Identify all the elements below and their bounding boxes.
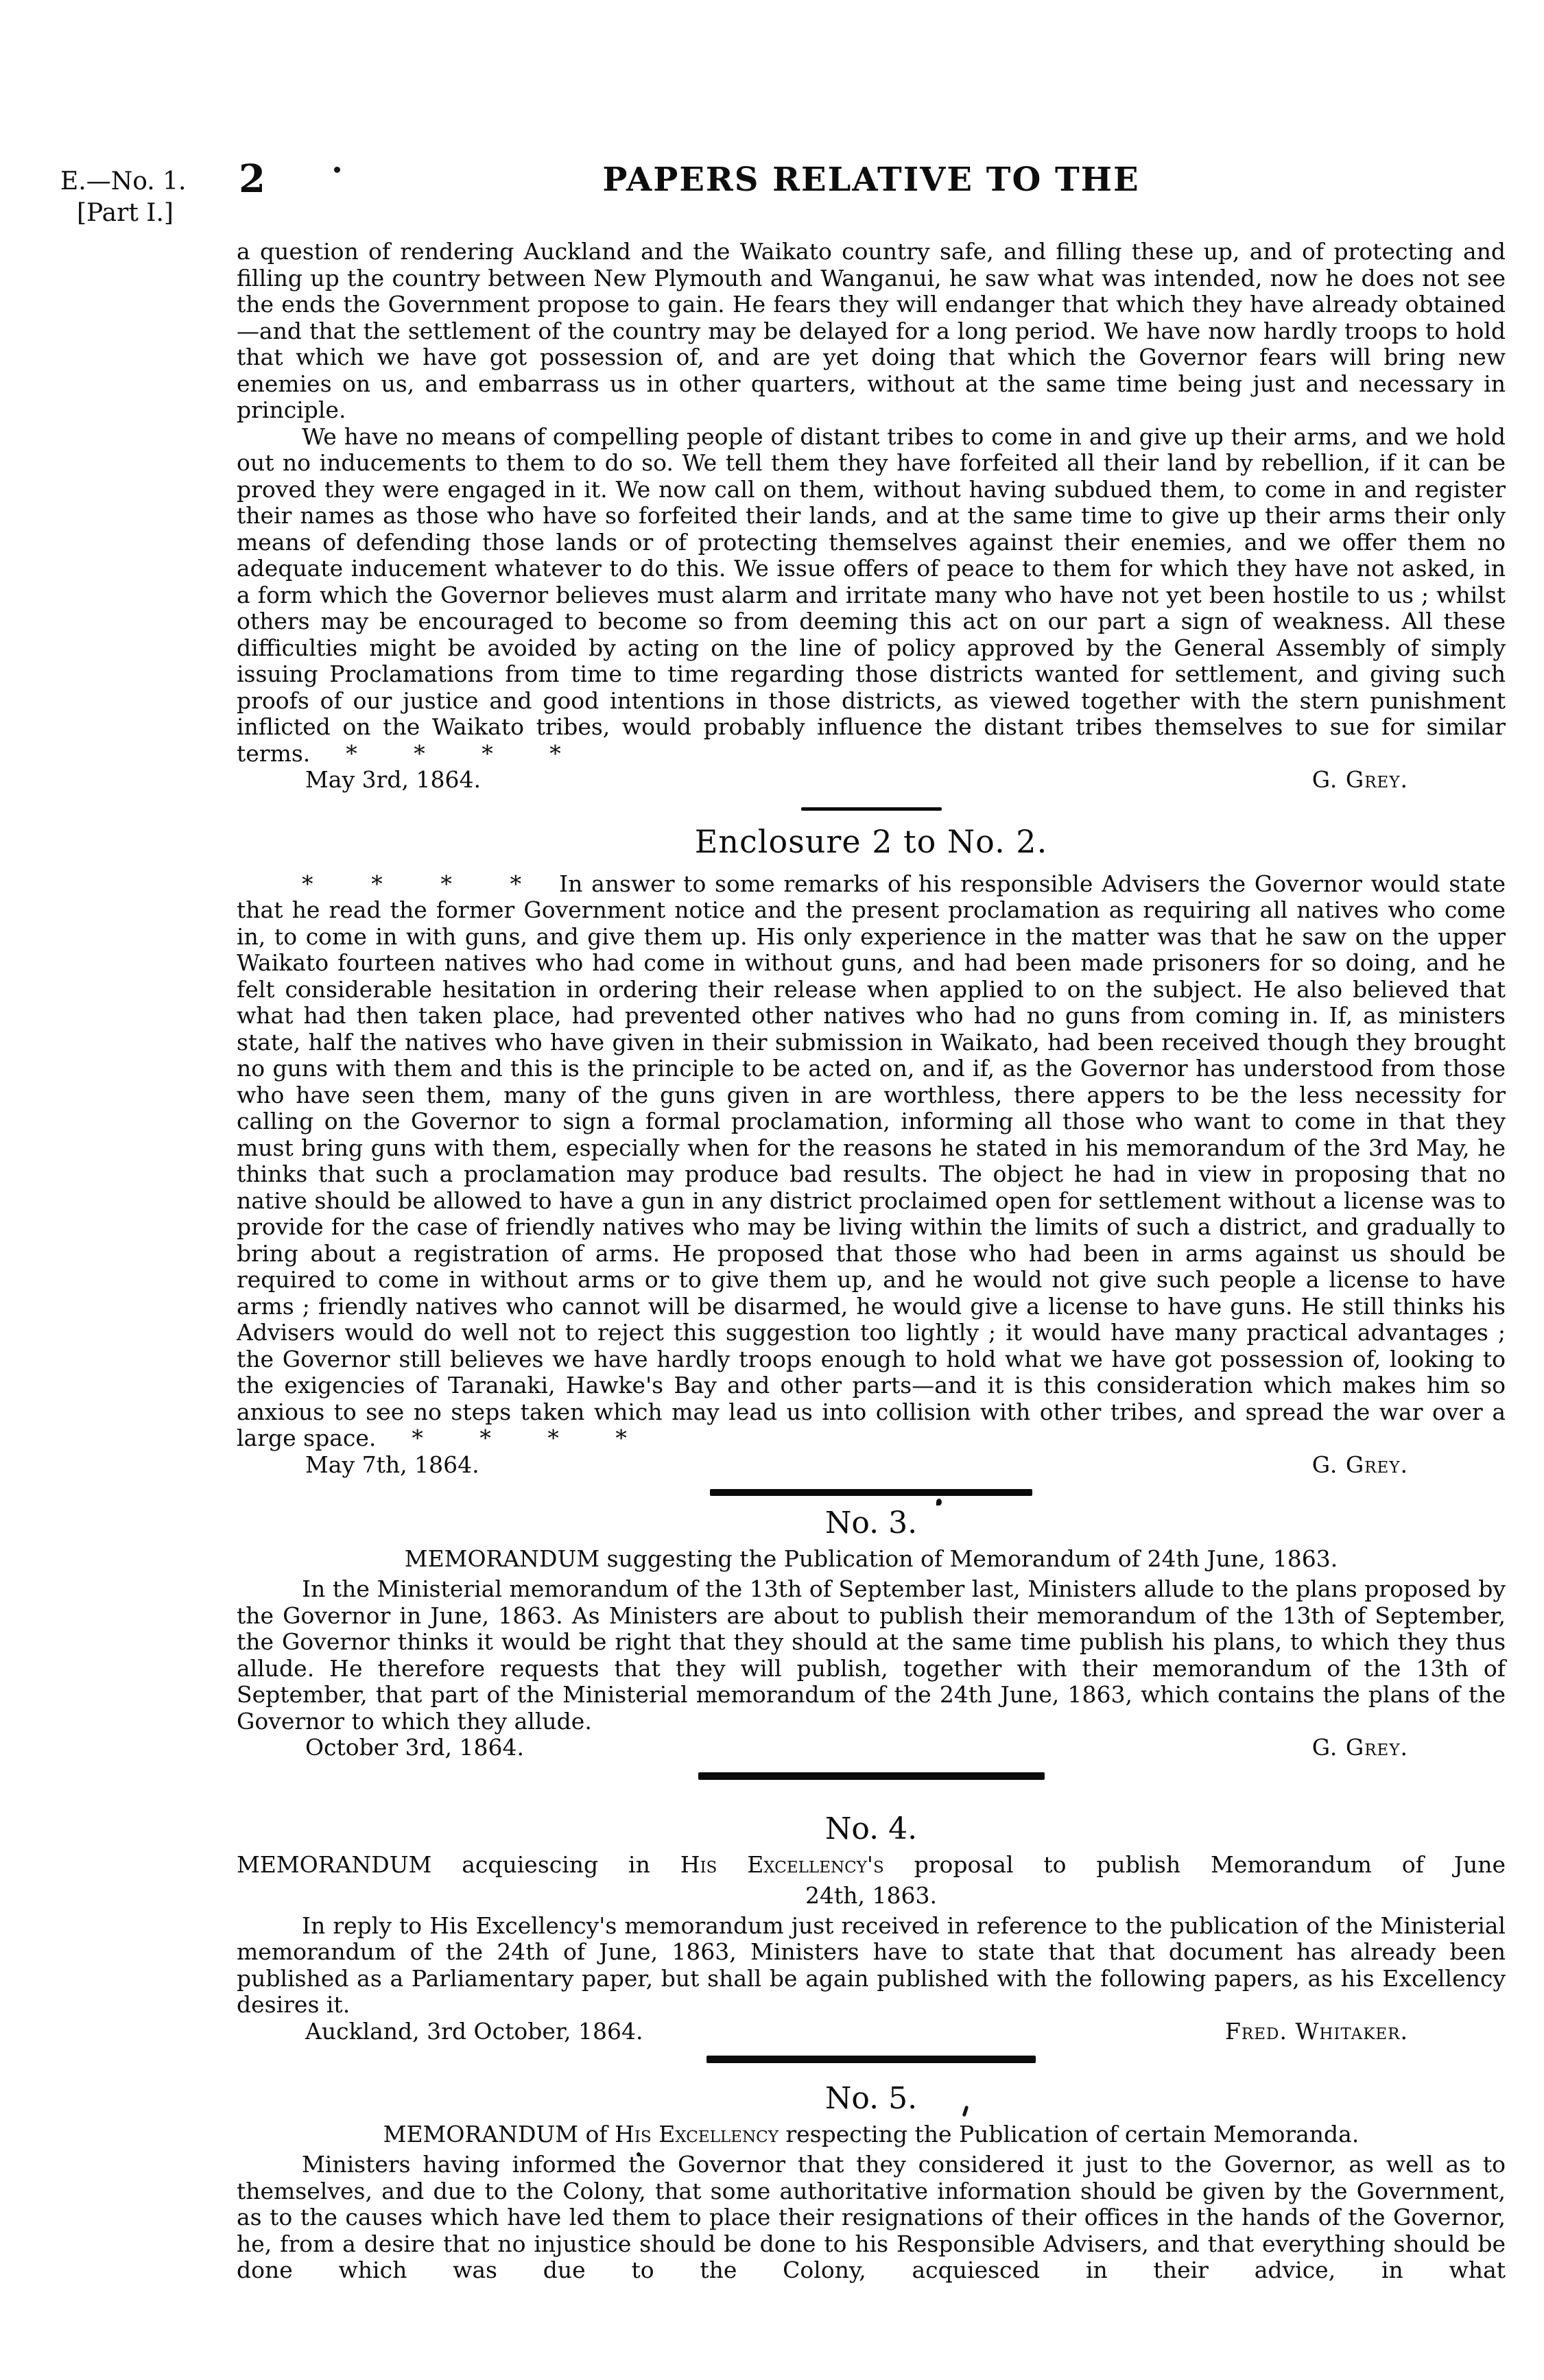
document-page: E.—No. 1. [Part I.] 2 PAPERS RELATIVE TO… xyxy=(0,0,1544,2380)
memorandum-title: MEMORANDUM of His Excellency respecting … xyxy=(237,2121,1506,2148)
date-signature-line: Auckland, 3rd October, 1864. Fred. Whita… xyxy=(237,2019,1506,2045)
section-divider xyxy=(801,807,942,811)
signature-text: G. Grey. xyxy=(1312,767,1408,794)
asterisk-separator: * * * * xyxy=(412,1425,626,1451)
memorandum-title-line1: MEMORANDUM acquiescing in His Excellency… xyxy=(237,1851,1506,1879)
asterisk-separator: * * * * xyxy=(346,740,560,767)
divider-rule xyxy=(710,1489,1032,1496)
edition-note-line1: E.—No. 1. xyxy=(60,166,187,198)
paragraph: We have no means of compelling people of… xyxy=(237,424,1506,767)
date-text: May 3rd, 1864. xyxy=(305,767,481,794)
title-smallcaps-text: His Excellency's xyxy=(680,1851,884,1878)
paragraph-text: We have no means of compelling people of… xyxy=(237,423,1506,767)
paragraph: In the Ministerial memorandum of the 13t… xyxy=(237,1576,1506,1735)
signature-text: G. Grey. xyxy=(1312,1735,1408,1761)
title-text: MEMORANDUM acquiescing in xyxy=(237,1851,680,1878)
memorandum-title: MEMORANDUM suggesting the Publication of… xyxy=(237,1545,1506,1573)
enclosure-heading: Enclosure 2 to No. 2. xyxy=(237,823,1506,860)
divider-rule xyxy=(706,2056,1036,2063)
date-signature-line: May 3rd, 1864. G. Grey. xyxy=(237,767,1506,794)
ink-speck xyxy=(936,1499,942,1506)
title-text: respecting the Publication of certain Me… xyxy=(779,2121,1359,2147)
divider-rule xyxy=(698,1772,1045,1780)
signature-text: G. Grey. xyxy=(1312,1452,1408,1479)
date-text: May 7th, 1864. xyxy=(305,1452,479,1479)
asterisk-separator: * * * * xyxy=(302,870,521,897)
section-number: No. 4. xyxy=(237,1811,1506,1847)
date-signature-line: May 7th, 1864. G. Grey. xyxy=(237,1452,1506,1479)
date-text: Auckland, 3rd October, 1864. xyxy=(305,2019,643,2045)
date-signature-line: October 3rd, 1864. G. Grey. xyxy=(237,1735,1506,1761)
paragraph-text: In answer to some remarks of his respons… xyxy=(237,870,1506,1452)
title-text: MEMORANDUM of xyxy=(383,2121,615,2147)
paragraph-continuation: a question of rendering Auckland and the… xyxy=(237,239,1506,424)
signature-text: Fred. Whitaker. xyxy=(1225,2019,1408,2045)
title-text: proposal to publish Memorandum of June xyxy=(884,1851,1506,1878)
memorandum-title-line2: 24th, 1863. xyxy=(237,1882,1506,1909)
section-number: No. 5. xyxy=(237,2081,1506,2117)
section-divider xyxy=(237,2056,1506,2063)
section-divider xyxy=(237,1489,1506,1496)
date-text: October 3rd, 1864. xyxy=(305,1735,524,1761)
section-number: No. 3. xyxy=(237,1506,1506,1541)
paragraph: In reply to His Excellency's memorandum … xyxy=(237,1913,1506,2019)
edition-note: E.—No. 1. [Part I.] xyxy=(60,166,187,229)
running-title: PAPERS RELATIVE TO THE xyxy=(237,160,1506,199)
paragraph: * * * *In answer to some remarks of his … xyxy=(237,871,1506,1452)
page-body: a question of rendering Auckland and the… xyxy=(237,239,1506,2284)
edition-note-line2: [Part I.] xyxy=(60,198,187,229)
section-divider xyxy=(237,1772,1506,1780)
paragraph-cutoff: Ministers having informed the Governor t… xyxy=(237,2152,1506,2284)
title-smallcaps-text: His Excellency xyxy=(615,2121,779,2147)
